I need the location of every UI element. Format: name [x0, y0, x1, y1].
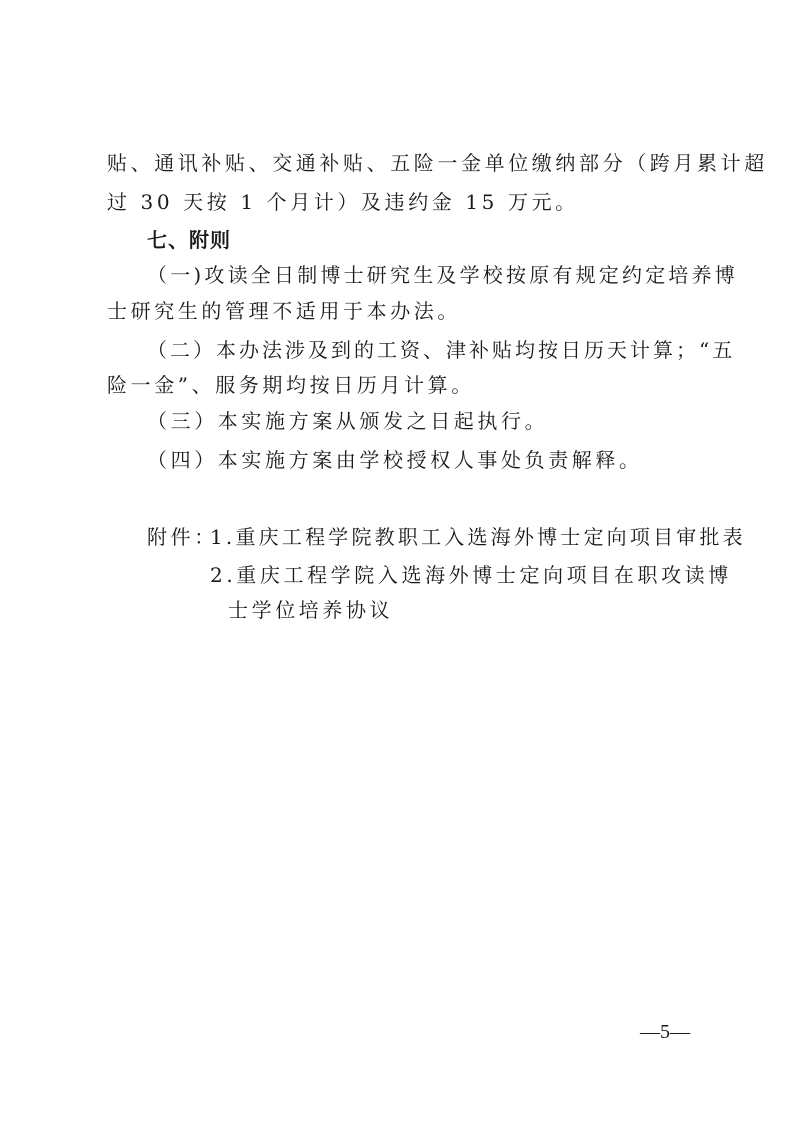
- section-heading: 七、附则: [147, 228, 737, 252]
- clause-2-line-2: 险一金”、服务期均按日历月计算。: [107, 373, 697, 397]
- document-page: 贴、通讯补贴、交通补贴、五险一金单位缴纳部分（跨月累计超 过 30 天按 1 个…: [0, 0, 794, 1122]
- attachments-label: 附件：: [147, 525, 217, 549]
- attachment-item-2-line-2: 士学位培养协议: [228, 598, 794, 622]
- body-text-line: 贴、通讯补贴、交通补贴、五险一金单位缴纳部分（跨月累计超: [107, 151, 697, 175]
- attachment-item-2-line-1: 2.重庆工程学院入选海外博士定向项目在职攻读博: [210, 563, 794, 587]
- clause-2-line-1: （二）本办法涉及到的工资、津补贴均按日历天计算；“五: [147, 338, 737, 362]
- clause-3-line-1: （三）本实施方案从颁发之日起执行。: [147, 409, 737, 433]
- page-number: —5—: [640, 1020, 690, 1044]
- clause-4-line-1: （四）本实施方案由学校授权人事处负责解释。: [147, 448, 737, 472]
- attachment-item-1: 1.重庆工程学院教职工入选海外博士定向项目审批表: [210, 525, 794, 549]
- body-text-line: 过 30 天按 1 个月计）及违约金 15 万元。: [107, 190, 697, 214]
- clause-1-line-1: （一)攻读全日制博士研究生及学校按原有规定约定培养博: [147, 263, 737, 287]
- clause-1-line-2: 士研究生的管理不适用于本办法。: [107, 299, 697, 323]
